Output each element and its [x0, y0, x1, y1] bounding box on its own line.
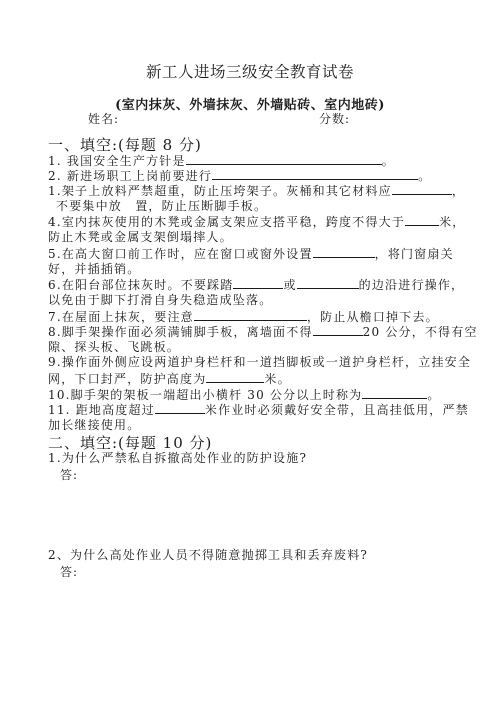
question-9: 9.操作面外侧应设两道护身栏杆和一道挡脚板或一道护身栏杆，立挂安全: [48, 355, 471, 369]
answer-blank[interactable]: [405, 214, 439, 226]
answer-area-2[interactable]: [80, 580, 460, 680]
score-label: 分数:: [319, 110, 350, 127]
question-2: 2. 新进场职工上岗前要进行。: [48, 168, 431, 183]
question-text: 米，: [439, 215, 465, 229]
question-text: ，防止从檐口掉下去。: [307, 310, 439, 324]
question-9-cont: 网，下口封严，防护高度为米。: [48, 371, 291, 386]
answer-area-1[interactable]: [80, 482, 460, 542]
question-text: 。: [382, 154, 395, 168]
question-6: 6.在阳台部位抹灰时。不要踩踏或的边沿进行操作，: [48, 277, 464, 292]
question-text: 6.在阳台部位抹灰时。不要踩踏: [48, 278, 233, 292]
page-subtitle: (室内抹灰、外墙抹灰、外墙贴砖、室内地砖): [0, 94, 500, 113]
question-text: 网，下口封严，防护高度为: [48, 372, 206, 386]
question-text: 1.架子上放料严禁超重，防止压垮架子。灰桶和其它材料应: [48, 184, 392, 198]
answer-label-1: 答:: [60, 466, 78, 483]
question-text: 的边沿进行操作，: [359, 278, 465, 292]
question-7: 7.在屋面上抹灰，要注意，防止从檐口掉下去。: [48, 309, 439, 324]
section2-heading: 二、填空:(每题 10 分): [48, 432, 212, 453]
answer-label-2: 答:: [60, 563, 78, 580]
answer-blank[interactable]: [313, 246, 375, 258]
question-3-cont: 不要集中放 置，防止压断脚手板。: [56, 199, 267, 213]
answer-blank[interactable]: [194, 309, 307, 321]
name-label: 姓名:: [88, 110, 119, 127]
question-text: 米作业时必须戴好安全带，且高挂低用，严禁: [205, 403, 469, 417]
question-4: 4.室内抹灰使用的木凳或金属支架应支搭平稳，跨度不得大于米，: [48, 214, 465, 229]
question-11-cont: 加长继接使用。: [48, 418, 140, 432]
question-5: 5.在高大窗口前工作时，应在窗口或窗外设置，将门窗扇关: [48, 246, 454, 261]
question-text: ，将门窗扇关: [375, 247, 454, 261]
question-text: 7.在屋面上抹灰，要注意: [48, 310, 194, 324]
question-8-cont: 隙、探头板、飞跳板。: [48, 340, 180, 354]
essay-question-2: 2、为什么高处作业人员不得随意抛掷工具和丢弃废料?: [48, 548, 368, 562]
question-text: 8.脚手架操作面必须满铺脚手板，离墙面不得: [48, 325, 313, 339]
question-text: 20 公分，不得有空: [363, 325, 478, 339]
answer-blank[interactable]: [206, 371, 264, 383]
answer-blank[interactable]: [155, 402, 205, 414]
question-10: 10.脚手架的架板一端超出小横杆 30 公分以上时称为。: [48, 387, 441, 402]
exam-paper: 新工人进场三级安全教育试卷 (室内抹灰、外墙抹灰、外墙贴砖、室内地砖) 姓名: …: [0, 0, 500, 707]
question-text: 5.在高大窗口前工作时，应在窗口或窗外设置: [48, 247, 313, 261]
question-11: 11. 距地高度超过米作业时必须戴好安全带，且高挂低用，严禁: [48, 402, 469, 417]
answer-blank[interactable]: [186, 153, 382, 165]
question-text: 。: [418, 169, 431, 183]
answer-blank[interactable]: [212, 168, 418, 180]
question-4-cont: 防止木凳或金属支架倒塌摔人。: [48, 230, 233, 244]
question-text: 11. 距地高度超过: [48, 403, 155, 417]
question-8: 8.脚手架操作面必须满铺脚手板，离墙面不得20 公分，不得有空: [48, 324, 478, 339]
question-text: 米。: [264, 372, 290, 386]
essay-question-1: 1.为什么严禁私自拆撤高处作业的防护设施?: [48, 451, 307, 465]
answer-blank[interactable]: [233, 277, 283, 289]
question-text: 4.室内抹灰使用的木凳或金属支架应支搭平稳，跨度不得大于: [48, 215, 405, 229]
question-5-cont: 好，并插插销。: [48, 262, 140, 276]
question-1: 1. 我国安全生产方针是。: [48, 153, 395, 168]
answer-blank[interactable]: [392, 183, 452, 195]
page-title: 新工人进场三级安全教育试卷: [0, 60, 500, 82]
question-text: 10.脚手架的架板一端超出小横杆 30 公分以上时称为: [48, 388, 362, 402]
answer-blank[interactable]: [313, 324, 363, 336]
question-text: 2. 新进场职工上岗前要进行: [48, 169, 212, 183]
question-3: 1.架子上放料严禁超重，防止压垮架子。灰桶和其它材料应，: [48, 183, 465, 198]
question-text: 或: [283, 278, 296, 292]
question-text: ，: [452, 184, 465, 198]
question-text: 。: [427, 388, 440, 402]
section1-heading: 一、填空:(每题 8 分): [48, 134, 202, 155]
question-text: 1. 我国安全生产方针是: [48, 154, 186, 168]
answer-blank[interactable]: [362, 387, 427, 399]
question-6-cont: 以免由于脚下打滑自身失稳造成坠落。: [48, 293, 272, 307]
answer-blank[interactable]: [297, 277, 359, 289]
